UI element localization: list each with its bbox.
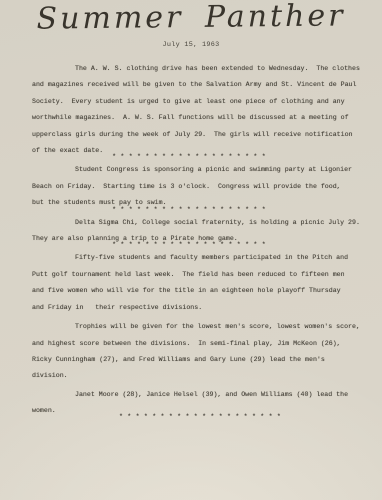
text-line: worthwhile magazines. A. W. S. Fall func… — [32, 110, 364, 126]
text-line: Ricky Cunningham (27), and Fred Williams… — [32, 352, 364, 368]
asterisk-divider: * * * * * * * * * * * * * * * * * * * — [23, 206, 355, 213]
text-line: upperclass girls during the week of July… — [32, 127, 364, 143]
text-line: and magazines received will be given to … — [32, 77, 364, 93]
asterisk-divider: * * * * * * * * * * * * * * * * * * * * — [34, 413, 366, 420]
paragraph-golf-tournament: Fifty-five students and faculty members … — [32, 250, 364, 316]
paragraph-clothing-drive: The A. W. S. clothing drive has been ext… — [32, 61, 364, 159]
text-line: Beach on Friday. Starting time is 3 o'cl… — [32, 179, 364, 195]
text-line: and five women who will vie for the titl… — [32, 283, 364, 299]
text-line: Janet Moore (28), Janice Helsel (39), an… — [32, 387, 364, 403]
text-line: Fifty-five students and faculty members … — [32, 250, 364, 266]
text-line: and highest score between the divisions.… — [32, 336, 364, 352]
text-line: and Friday in their respective divisions… — [32, 300, 364, 316]
text-line: Student Congress is sponsoring a picnic … — [32, 162, 364, 178]
paragraph-student-congress: Student Congress is sponsoring a picnic … — [32, 162, 364, 211]
page-title: Summer Panther — [0, 0, 382, 37]
newsletter-page: Summer Panther July 15, 1963 The A. W. S… — [0, 0, 382, 500]
text-line: division. — [32, 368, 364, 384]
text-line: Delta Sigma Chi, College social fraterni… — [32, 215, 364, 231]
paragraph-trophies: Trophies will be given for the lowest me… — [32, 319, 364, 385]
text-line: Putt golf tournament held last week. The… — [32, 267, 364, 283]
newsletter-body: The A. W. S. clothing drive has been ext… — [32, 61, 364, 422]
asterisk-divider: * * * * * * * * * * * * * * * * * * * — [23, 241, 355, 248]
text-line: The A. W. S. clothing drive has been ext… — [32, 61, 364, 77]
asterisk-divider: * * * * * * * * * * * * * * * * * * * — [23, 153, 355, 160]
text-line: Trophies will be given for the lowest me… — [32, 319, 364, 335]
text-line: Society. Every student is urged to give … — [32, 94, 364, 110]
issue-date: July 15, 1963 — [0, 41, 382, 49]
